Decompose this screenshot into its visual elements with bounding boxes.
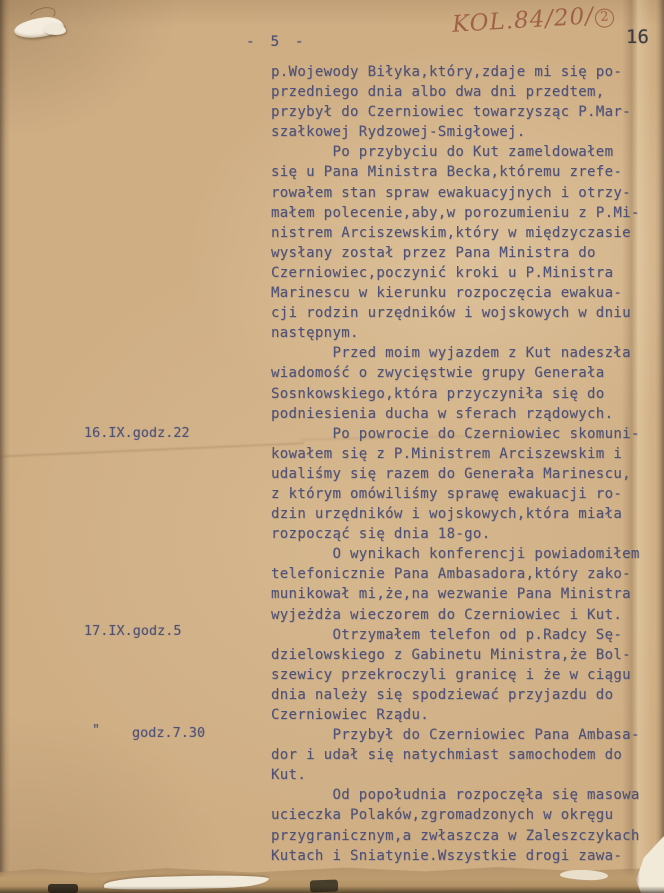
typed-line: przedniego dnia albo dwa dni przedtem, (271, 82, 656, 102)
margin-note-date-17-ix: 17.IX.godz.5 (84, 623, 182, 639)
scanned-document-page: KOL.84/20/2 16 - 5 - 16.IX.godz.22 17.IX… (0, 0, 664, 893)
typed-line: rowałem stan spraw ewakuacyjnych i otrzy… (271, 183, 656, 203)
typed-line: z którym omówiliśmy sprawę ewakuacji ro- (271, 484, 656, 504)
typed-line: wyjeżdża wieczorem do Czerniowiec i Kut. (271, 605, 656, 625)
typed-line: się u Pana Ministra Becka,któremu zrefe- (271, 162, 656, 182)
archive-reference-text: KOL.84/20/ (451, 3, 594, 38)
typed-line: Otrzymałem telefon od p.Radcy Sę- (271, 625, 656, 645)
typed-line: Czerniowiec,poczynić kroki u P.Ministra (271, 263, 656, 283)
typed-line: następnym. (271, 323, 656, 343)
typed-line: szewicy przekroczyli granicę i że w ciąg… (271, 665, 656, 685)
typed-line: dnia należy się spodziewać przyjazdu do (271, 685, 656, 705)
typed-line: Od popołudnia rozpoczęła się masowa (271, 785, 656, 805)
typed-line: kowałem się z P.Ministrem Arciszewskim i (271, 444, 656, 464)
typed-line: wysłany został przez Pana Ministra do (271, 243, 656, 263)
margin-note-time-text: godz.7.30 (132, 725, 205, 741)
typed-line: nistrem Arciszewskim,który w międzyczasi… (271, 223, 656, 243)
bottom-scan-shadow (0, 886, 664, 893)
page-header-number: - 5 - (246, 34, 307, 50)
typed-line: Po powrocie do Czerniowiec skomuni- (271, 424, 656, 444)
typed-line: wiadomość o zwycięstwie grupy Generała (271, 363, 656, 383)
typed-line: Kut. (271, 765, 656, 785)
typed-line: dor i udał się natychmiast samochodem do (271, 745, 656, 765)
typed-line: Kutach i Sniatynie.Wszystkie drogi zawa- (271, 846, 656, 866)
typed-line: dzielowskiego z Gabinetu Ministra,że Bol… (271, 645, 656, 665)
typed-line: małem polecenie,aby,w porozumieniu z P.M… (271, 203, 656, 223)
typed-line: udaliśmy się razem do Generała Marinescu… (271, 464, 656, 484)
typed-line: cji rodzin urzędników i wojskowych w dni… (271, 303, 656, 323)
typed-line: szałkowej Rydzowej-Smigłowej. (271, 122, 656, 142)
typed-line: przygranicznym,a zwłaszcza w Zaleszczyka… (271, 826, 656, 846)
handwritten-archive-reference: KOL.84/20/2 (451, 2, 614, 38)
typed-line: Przybył do Czerniowiec Pana Ambasa- (271, 725, 656, 745)
right-edge-shadow (655, 0, 664, 893)
left-edge-shadow (0, 0, 10, 893)
corner-page-number: 16 (626, 26, 649, 48)
typed-line: Marinescu w kierunku rozpoczęcia ewakua- (271, 283, 656, 303)
typed-body-text: p.Wojewody Biłyka,który,zdaje mi się po-… (271, 62, 656, 866)
typed-line: Przed moim wyjazdem z Kut nadeszła (271, 343, 656, 363)
typed-line: O wynikach konferencji powiadomiłem (271, 544, 656, 564)
typed-line: telefonicznie Pana Ambasadora,który zako… (271, 564, 656, 584)
typed-line: dzin urzędników i wojskowych,która miała (271, 504, 656, 524)
typed-line: Czerniowiec Rządu. (271, 705, 656, 725)
typed-line: ucieczka Polaków,zgromadzonych w okręgu (271, 805, 656, 825)
typed-line: Po przybyciu do Kut zameldowałem (271, 142, 656, 162)
typed-line: przybył do Czerniowiec towarzysząc P.Mar… (271, 102, 656, 122)
ditto-mark: " (92, 722, 100, 738)
margin-note-date-16-ix: 16.IX.godz.22 (84, 425, 190, 441)
typed-line: rozpocząć się dnia 18-go. (271, 524, 656, 544)
typed-line: Sosnkowskiego,która przyczyniła się do (271, 384, 656, 404)
circled-copy-number: 2 (595, 8, 615, 28)
typed-line: p.Wojewody Biłyka,który,zdaje mi się po- (271, 62, 656, 82)
typed-line: podniesienia ducha w sferach rządowych. (271, 404, 656, 424)
typed-line: munikował mi,że,na wezwanie Pana Ministr… (271, 584, 656, 604)
margin-note-time-730: " godz.7.30 (92, 722, 125, 786)
horizontal-fold-crease (0, 442, 304, 458)
